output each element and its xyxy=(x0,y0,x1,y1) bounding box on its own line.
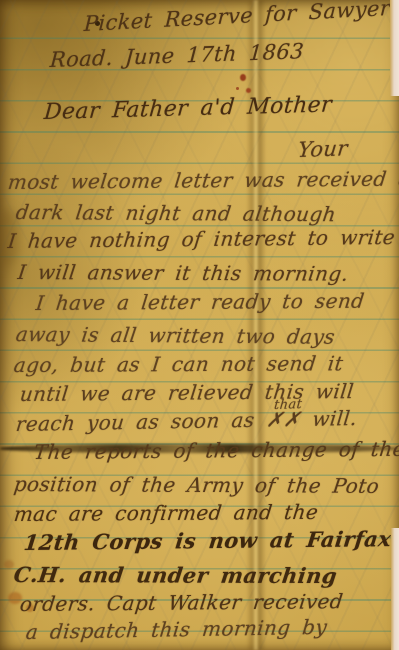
body-line: I will answer it this morning. xyxy=(16,260,350,286)
body-line: 12th Corps is now at Fairfax xyxy=(23,526,393,555)
body-line: dark last night and although xyxy=(14,200,337,226)
body-line: orders. Capt Walker received xyxy=(19,589,345,616)
body-line: I have nothing of interest to write xyxy=(7,225,397,253)
body-line: C.H. and under marching xyxy=(12,562,338,588)
body-line: mac are confirmed and the xyxy=(13,500,320,526)
body-line: The reports of the change of the xyxy=(33,437,399,464)
scan-background-sliver xyxy=(391,528,399,650)
body-line: until we are relieved this will xyxy=(19,379,356,406)
body-line: ago, but as I can not send it xyxy=(13,351,345,377)
body-opening-word: Your xyxy=(297,136,349,162)
body-line: away is all written two days xyxy=(14,322,336,349)
scan-background-sliver xyxy=(390,0,399,96)
body-line: position of the Army of the Poto xyxy=(12,472,380,498)
body-line: most welcome letter was received at xyxy=(7,166,399,194)
body-line: I have a letter ready to send xyxy=(35,289,366,315)
scanned-letter-image: Picket Reserve for Sawyer's Road. June 1… xyxy=(0,0,399,650)
